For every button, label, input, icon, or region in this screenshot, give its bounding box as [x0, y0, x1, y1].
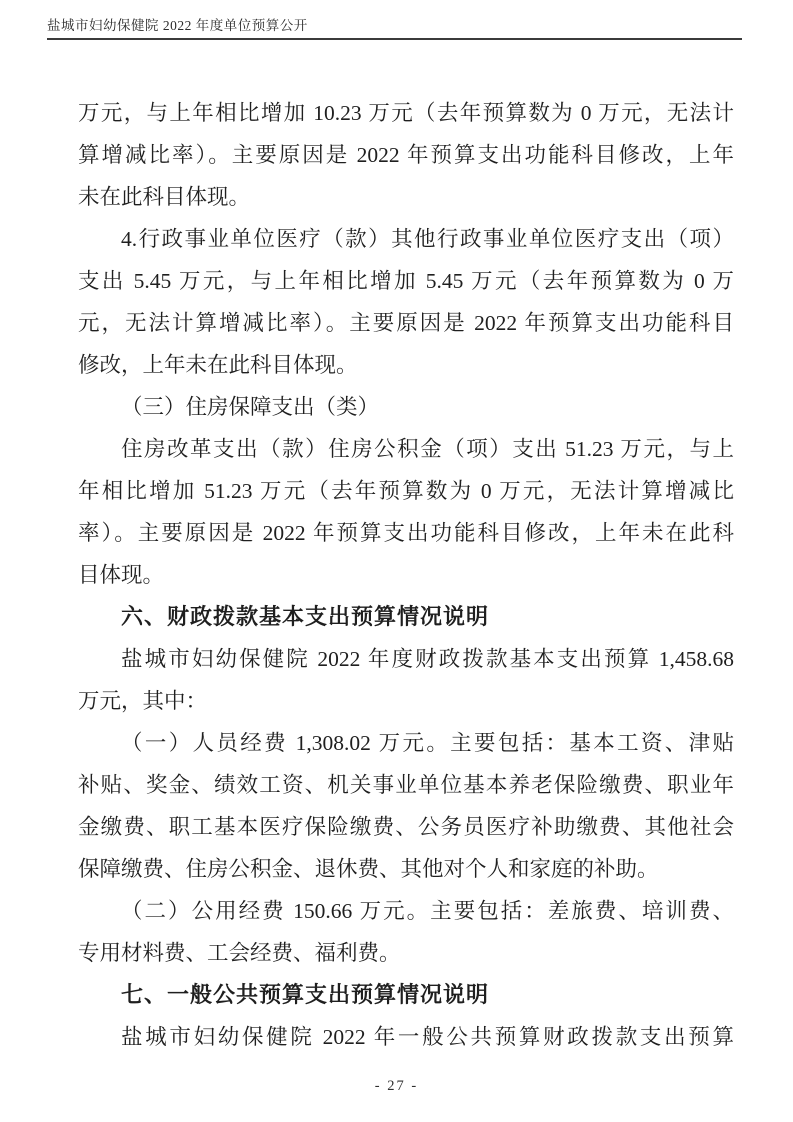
text-line: 盐城市妇幼保健院 2022 年度财政拨款基本支出预算 1,458.68	[78, 638, 734, 680]
text-line: （一）人员经费 1,308.02 万元。主要包括：基本工资、津贴	[78, 722, 734, 764]
page-header-title: 盐城市妇幼保健院 2022 年度单位预算公开	[47, 17, 308, 35]
text-line: 专用材料费、工会经费、福利费。	[78, 932, 734, 974]
text-line: 支出 5.45 万元，与上年相比增加 5.45 万元（去年预算数为 0 万	[78, 260, 734, 302]
document-page: 盐城市妇幼保健院 2022 年度单位预算公开 万元，与上年相比增加 10.23 …	[0, 0, 793, 1122]
text-line: 万元，与上年相比增加 10.23 万元（去年预算数为 0 万元，无法计	[78, 92, 734, 134]
text-line: 金缴费、职工基本医疗保险缴费、公务员医疗补助缴费、其他社会	[78, 806, 734, 848]
text-line: 算增减比率）。主要原因是 2022 年预算支出功能科目修改，上年	[78, 134, 734, 176]
text-line: 保障缴费、住房公积金、退休费、其他对个人和家庭的补助。	[78, 848, 734, 890]
text-line: 4.行政事业单位医疗（款）其他行政事业单位医疗支出（项）	[78, 218, 734, 260]
page-number: - 27 -	[0, 1078, 793, 1095]
text-line: 年相比增加 51.23 万元（去年预算数为 0 万元，无法计算增减比	[78, 470, 734, 512]
header-divider-rule	[47, 38, 742, 40]
text-line: 目体现。	[78, 554, 734, 596]
text-line: （三）住房保障支出（类）	[78, 386, 734, 428]
text-line: 万元，其中：	[78, 680, 734, 722]
text-line: 元，无法计算增减比率）。主要原因是 2022 年预算支出功能科目	[78, 302, 734, 344]
document-body: 万元，与上年相比增加 10.23 万元（去年预算数为 0 万元，无法计算增减比率…	[78, 92, 734, 1058]
text-line: 率）。主要原因是 2022 年预算支出功能科目修改，上年未在此科	[78, 512, 734, 554]
section-heading: 七、一般公共预算支出预算情况说明	[78, 974, 734, 1016]
text-line: 未在此科目体现。	[78, 176, 734, 218]
text-line: 住房改革支出（款）住房公积金（项）支出 51.23 万元，与上	[78, 428, 734, 470]
text-line: （二）公用经费 150.66 万元。主要包括：差旅费、培训费、	[78, 890, 734, 932]
section-heading: 六、财政拨款基本支出预算情况说明	[78, 596, 734, 638]
text-line: 修改，上年未在此科目体现。	[78, 344, 734, 386]
text-line: 盐城市妇幼保健院 2022 年一般公共预算财政拨款支出预算	[78, 1016, 734, 1058]
text-line: 补贴、奖金、绩效工资、机关事业单位基本养老保险缴费、职业年	[78, 764, 734, 806]
